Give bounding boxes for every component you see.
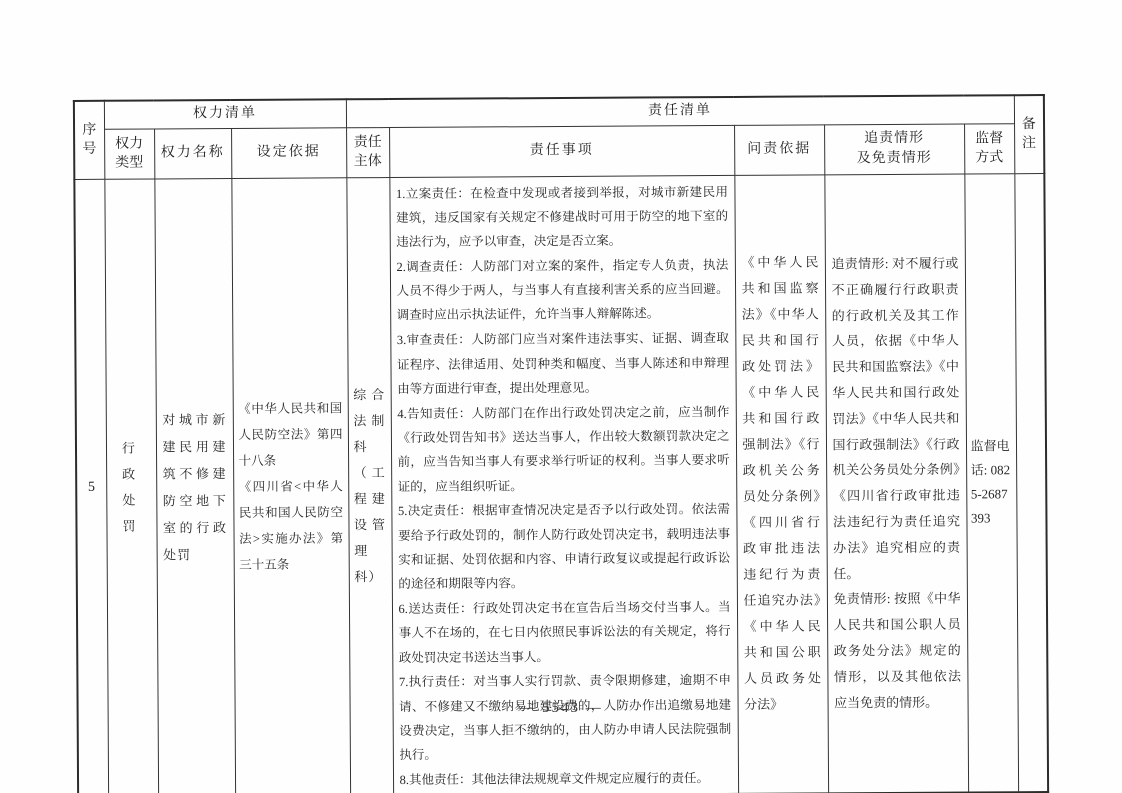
header-power-type: 权力类型: [104, 128, 154, 178]
header-responsible-body: 责任主体: [346, 127, 389, 177]
header-responsibility-items: 责任事项: [389, 125, 734, 177]
responsibility-item: 5.决定责任：根据审查情况决定是否予以行政处罚。依法需要给予行政处罚的，制作人防…: [398, 497, 731, 596]
power-responsibility-table: 序号 权力清单 责任清单 备注 权力类型 权力名称 设定依据 责任主体 责任事项…: [73, 94, 1049, 793]
header-supervision-method: 监督方式: [964, 123, 1014, 173]
exemption-situations: 免责情形: 按照《中华人民共和国公职人员政务处分法》规定的情形，以及其他依法应当…: [833, 586, 961, 716]
document-page: 序号 权力清单 责任清单 备注 权力类型 权力名称 设定依据 责任主体 责任事项…: [0, 0, 1122, 793]
header-group-responsibility-list: 责任清单: [346, 95, 1014, 127]
header-legal-basis: 设定依据: [231, 127, 346, 178]
accountability-situations: 追责情形: 对不履行或不正确履行行政职责的行政机关及其工作人员，依据《中华人民共…: [831, 251, 960, 587]
legal-basis-item: 《中华人民共和国人民防空法》第四十八条: [238, 396, 343, 475]
header-power-name: 权力名称: [154, 128, 231, 178]
responsibility-item: 8.其他责任：其他法律法规规章文件规定应履行的责任。: [399, 766, 731, 792]
header-accountability-exemption: 追责情形 及免责情形: [824, 124, 964, 175]
responsibility-item: 6.送达责任：行政处罚决定书在宣告后当场交付当事人。当事人不在场的，在七日内依照…: [398, 595, 730, 670]
responsibility-item: 3.审查责任：人防部门应当对案件违法事实、证据、调查取证程序、法律适用、处罚种类…: [397, 326, 729, 401]
page-number: — 5543 —: [0, 700, 1122, 717]
responsibility-item: 1.立案责任：在检查中发现或者接到举报，对城市新建民用建筑，违反国家有关规定不修…: [396, 179, 728, 254]
responsibility-item: 2.调查责任：人防部门对立案的案件，指定专人负责，执法人员不得少于两人，与当事人…: [396, 253, 728, 328]
legal-basis-item: 《四川省<中华人民共和国人民防空法>实施办法》第三十五条: [239, 474, 344, 579]
responsibility-item: 4.告知责任：人防部门在作出行政处罚决定之前，应当制作《行政处罚告知书》送达当事…: [397, 400, 730, 499]
header-remarks: 备注: [1014, 95, 1044, 173]
header-accountability-basis: 问责依据: [734, 124, 824, 175]
header-serial-number: 序号: [74, 101, 104, 179]
header-group-power-list: 权力清单: [104, 99, 346, 128]
responsibility-item: 7.执行责任：对当事人实行罚款、责令限期修建，逾期不申请、不修建又不缴纳易地建设…: [399, 668, 732, 767]
